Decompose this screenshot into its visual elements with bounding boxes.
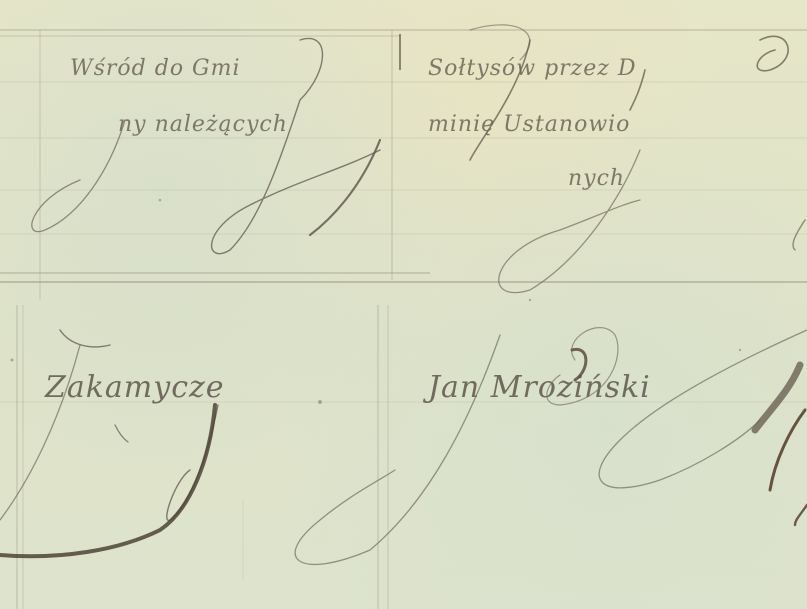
calligraphic-flourishes (0, 0, 807, 609)
